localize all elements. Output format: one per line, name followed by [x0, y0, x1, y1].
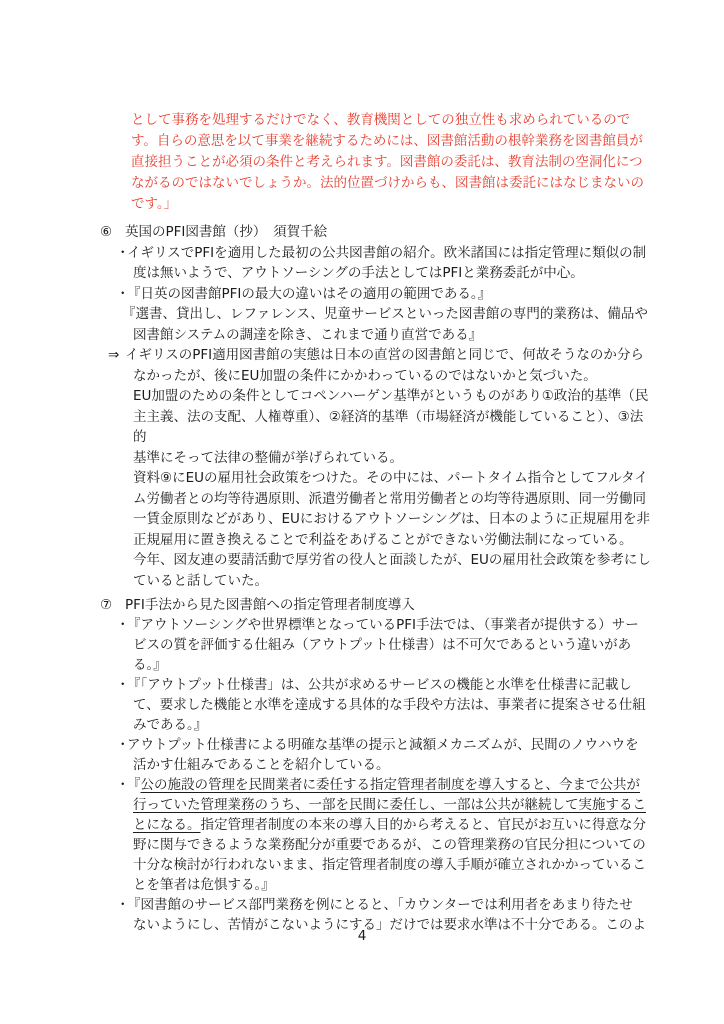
bullet-marker: ・ [116, 775, 127, 795]
text-segment: 直接担うことが必須の条件と考えられます。図書館の委託は、教育法制の空洞化につ [131, 154, 643, 170]
red-quote-paragraph: として事務を処理するだけでなく、教育機関としての独立性も求められているのです。自… [100, 110, 660, 215]
text-segment: 一賃金原則などがあり、EUにおけるアウトソーシングは、日本のように正規雇用を非 [133, 511, 650, 527]
text-segment: ム労働者との均等待遇原則、派遣労働者と常用労働者との均等待遇原則、同一労働同 [133, 491, 646, 507]
bullet-marker: ・ [116, 284, 127, 305]
text-line: る。』 [100, 655, 660, 675]
text-line: とを筆者は危惧する。』 [100, 875, 660, 895]
text-segment: ていると話していた。 [133, 573, 268, 589]
text-segment: 指定管理者制度の本来の導入目的から考えると、官民がお互いに得意な分 [201, 817, 647, 833]
text-segment: る。』 [133, 657, 167, 673]
text-line: 資料⑨にEUの雇用社会政策をつけた。その中には、パートタイム指令としてフルタイ [100, 468, 660, 489]
text-line: 直接担うことが必須の条件と考えられます。図書館の委託は、教育法制の空洞化につ [100, 152, 660, 173]
section-6-heading: ⑥英国のPFI図書館（抄） 須賀千絵 [100, 222, 660, 243]
text-line: ム労働者との均等待遇原則、派遣労働者と常用労働者との均等待遇原則、同一労働同 [100, 489, 660, 510]
section-7: ⑦PFI手法から見た図書館への指定管理者制度導入 ・『アウトソーシングや世界標準… [100, 595, 660, 935]
text-line: とになる。指定管理者制度の本来の導入目的から考えると、官民がお互いに得意な分 [100, 815, 660, 835]
section-6: ⑥英国のPFI図書館（抄） 須賀千絵 ・イギリスでPFIを適用した最初の公共図書… [100, 222, 660, 591]
text-line: 今年、図友連の要請活動で厚労省の役人と面談したが、EUの雇用社会政策を参考にし [100, 550, 660, 571]
text-segment: す。自らの意思を以て事業を継続するためには、図書館活動の根幹業務を図書館員が [131, 133, 643, 149]
text-line: ていると話していた。 [100, 571, 660, 592]
page-number: 4 [0, 928, 724, 944]
section-6-body: ・イギリスでPFIを適用した最初の公共図書館の紹介。欧米諸国には指定管理に類似の… [100, 243, 660, 592]
bullet-marker: ・ [116, 615, 127, 635]
text-segment: 『 [127, 777, 141, 793]
text-segment: 主主義、法の支配、人権尊重）、②経済的基準（市場経済が機能していること）、③法 [133, 409, 643, 425]
text-line: 基準にそって法律の整備が挙げられている。 [100, 448, 660, 469]
text-line: です。」 [100, 194, 660, 215]
text-line: ・『「アウトプット仕様書」は、公共が求めるサービスの機能と水準を仕様書に記載し [100, 675, 660, 695]
text-line: 行っていた管理業務のうち、一部を民間に委任し、一部は公共が継続して実施するこ [100, 795, 660, 815]
text-line: ながるのではないでしょうか。法的位置づけからも、図書館は委託にはなじまないの [100, 173, 660, 194]
text-line: 一賃金原則などがあり、EUにおけるアウトソーシングは、日本のように正規雇用を非 [100, 509, 660, 530]
text-segment: として事務を処理するだけでなく、教育機関としての独立性も求められているので [131, 112, 630, 128]
text-line: ・『公の施設の管理を民間業者に委任する指定管理者制度を導入すると、今まで公共が [100, 775, 660, 795]
text-line: す。自らの意思を以て事業を継続するためには、図書館活動の根幹業務を図書館員が [100, 131, 660, 152]
text-segment: 今年、図友連の要請活動で厚労省の役人と面談したが、EUの雇用社会政策を参考にし [133, 552, 651, 568]
text-segment: 的 [133, 429, 147, 445]
text-line: ・『図書館のサービス部門業務を例にとると、「カウンターでは利用者をあまり待たせ [100, 895, 660, 915]
text-line: て、要求した機能と水準を達成する具体的な手段や方法は、事業者に提案させる仕組 [100, 695, 660, 715]
text-segment: 基準にそって法律の整備が挙げられている。 [133, 450, 403, 466]
text-segment: 野に関与できるような業務配分が重要であるが、この管理業務の官民分担についての [133, 837, 646, 853]
text-segment: アウトプット仕様書による明確な基準の提示と減額メカニズムが、民間のノウハウを [127, 737, 639, 753]
text-line: 『選書、貸出し、レファレンス、児童サービスといった図書館の専門的業務は、備品や [100, 304, 660, 325]
text-line: 的 [100, 427, 660, 448]
arrow-marker: ⇒ [108, 345, 125, 366]
text-line: みである。』 [100, 715, 660, 735]
text-line: EU加盟のための条件としてコペンハーゲン基準がというものがあり①政治的基準（民 [100, 386, 660, 407]
text-segment: 度は無いようで、アウトソーシングの手法としてはPFIと業務委託が中心。 [133, 265, 584, 281]
text-line: 度は無いようで、アウトソーシングの手法としてはPFIと業務委託が中心。 [100, 263, 660, 284]
text-line: 正規雇用に置き換えることで利益をあげることができない労働法制になっている。 [100, 530, 660, 551]
text-segment: 『アウトソーシングや世界標準となっているPFI手法では、（事業者が提供する）サー [127, 617, 639, 633]
text-segment: 図書館システムの調達を除き、これまで通り直営である』 [133, 327, 482, 343]
text-segment: 『「アウトプット仕様書」は、公共が求めるサービスの機能と水準を仕様書に記載し [127, 677, 632, 693]
section-6-title: 英国のPFI図書館（抄） 須賀千絵 [125, 224, 327, 240]
text-segment: 十分な検討が行われないまま、指定管理者制度の導入手順が確立されかかっているこ [133, 857, 646, 873]
bullet-marker: ・ [116, 735, 127, 755]
text-line: ⇒イギリスのPFI適用図書館の実態は日本の直営の図書館と同じで、何故そうなのか分… [100, 345, 660, 366]
underlined-text: とになる。 [133, 817, 201, 833]
text-segment: イギリスのPFI適用図書館の実態は日本の直営の図書館と同じで、何故そうなのか分ら [125, 347, 644, 363]
bullet-marker: ・ [116, 675, 127, 695]
text-line: ・『日英の図書館PFIの最大の違いはその適用の範囲である。』 [100, 284, 660, 305]
text-line: ・『アウトソーシングや世界標準となっているPFI手法では、（事業者が提供する）サ… [100, 615, 660, 635]
text-line: 十分な検討が行われないまま、指定管理者制度の導入手順が確立されかかっているこ [100, 855, 660, 875]
text-line: ビスの質を評価する仕組み（アウトプット仕様書）は不可欠であるという違いがあ [100, 635, 660, 655]
text-segment: ながるのではないでしょうか。法的位置づけからも、図書館は委託にはなじまないの [131, 175, 644, 191]
section-7-number: ⑦ [100, 595, 125, 615]
text-line: 図書館システムの調達を除き、これまで通り直営である』 [100, 325, 660, 346]
text-segment: て、要求した機能と水準を達成する具体的な手段や方法は、事業者に提案させる仕組 [133, 697, 646, 713]
text-line: なかったが、後にEU加盟の条件にかかわっているのではないかと気づいた。 [100, 366, 660, 387]
text-segment: 資料⑨にEUの雇用社会政策をつけた。その中には、パートタイム指令としてフルタイ [133, 470, 648, 486]
text-segment: 活かす仕組みであることを紹介している。 [133, 757, 390, 773]
text-line: ・アウトプット仕様書による明確な基準の提示と減額メカニズムが、民間のノウハウを [100, 735, 660, 755]
text-segment: なかったが、後にEU加盟の条件にかかわっているのではないかと気づいた。 [133, 368, 597, 384]
text-segment: 『日英の図書館PFIの最大の違いはその適用の範囲である。』 [127, 286, 491, 302]
section-7-body: ・『アウトソーシングや世界標準となっているPFI手法では、（事業者が提供する）サ… [100, 615, 660, 935]
text-segment: イギリスでPFIを適用した最初の公共図書館の紹介。欧米諸国には指定管理に類似の制 [127, 245, 646, 261]
section-6-number: ⑥ [100, 222, 125, 243]
text-line: ・イギリスでPFIを適用した最初の公共図書館の紹介。欧米諸国には指定管理に類似の… [100, 243, 660, 264]
text-segment: ビスの質を評価する仕組み（アウトプット仕様書）は不可欠であるという違いがあ [133, 637, 631, 653]
text-segment: 『図書館のサービス部門業務を例にとると、「カウンターでは利用者をあまり待たせ [127, 897, 633, 913]
text-segment: です。」 [131, 196, 177, 212]
section-7-title: PFI手法から見た図書館への指定管理者制度導入 [125, 597, 415, 613]
text-segment: とを筆者は危惧する。』 [133, 877, 275, 893]
section-7-heading: ⑦PFI手法から見た図書館への指定管理者制度導入 [100, 595, 660, 615]
text-line: 主主義、法の支配、人権尊重）、②経済的基準（市場経済が機能していること）、③法 [100, 407, 660, 428]
text-segment: 正規雇用に置き換えることで利益をあげることができない労働法制になっている。 [133, 532, 633, 548]
text-line: 活かす仕組みであることを紹介している。 [100, 755, 660, 775]
text-segment: 『選書、貸出し、レファレンス、児童サービスといった図書館の専門的業務は、備品や [122, 306, 648, 322]
text-segment: みである。』 [133, 717, 207, 733]
bullet-marker: ・ [116, 243, 127, 264]
bullet-marker: ・ [116, 895, 127, 915]
text-line: として事務を処理するだけでなく、教育機関としての独立性も求められているので [100, 110, 660, 131]
underlined-text: 行っていた管理業務のうち、一部を民間に委任し、一部は公共が継続して実施するこ [133, 797, 646, 813]
document-page: として事務を処理するだけでなく、教育機関としての独立性も求められているのです。自… [0, 0, 724, 1024]
underlined-text: 公の施設の管理を民間業者に委任する指定管理者制度を導入すると、今まで公共が [141, 777, 641, 793]
text-segment: EU加盟のための条件としてコペンハーゲン基準がというものがあり①政治的基準（民 [133, 388, 648, 404]
text-line: 野に関与できるような業務配分が重要であるが、この管理業務の官民分担についての [100, 835, 660, 855]
